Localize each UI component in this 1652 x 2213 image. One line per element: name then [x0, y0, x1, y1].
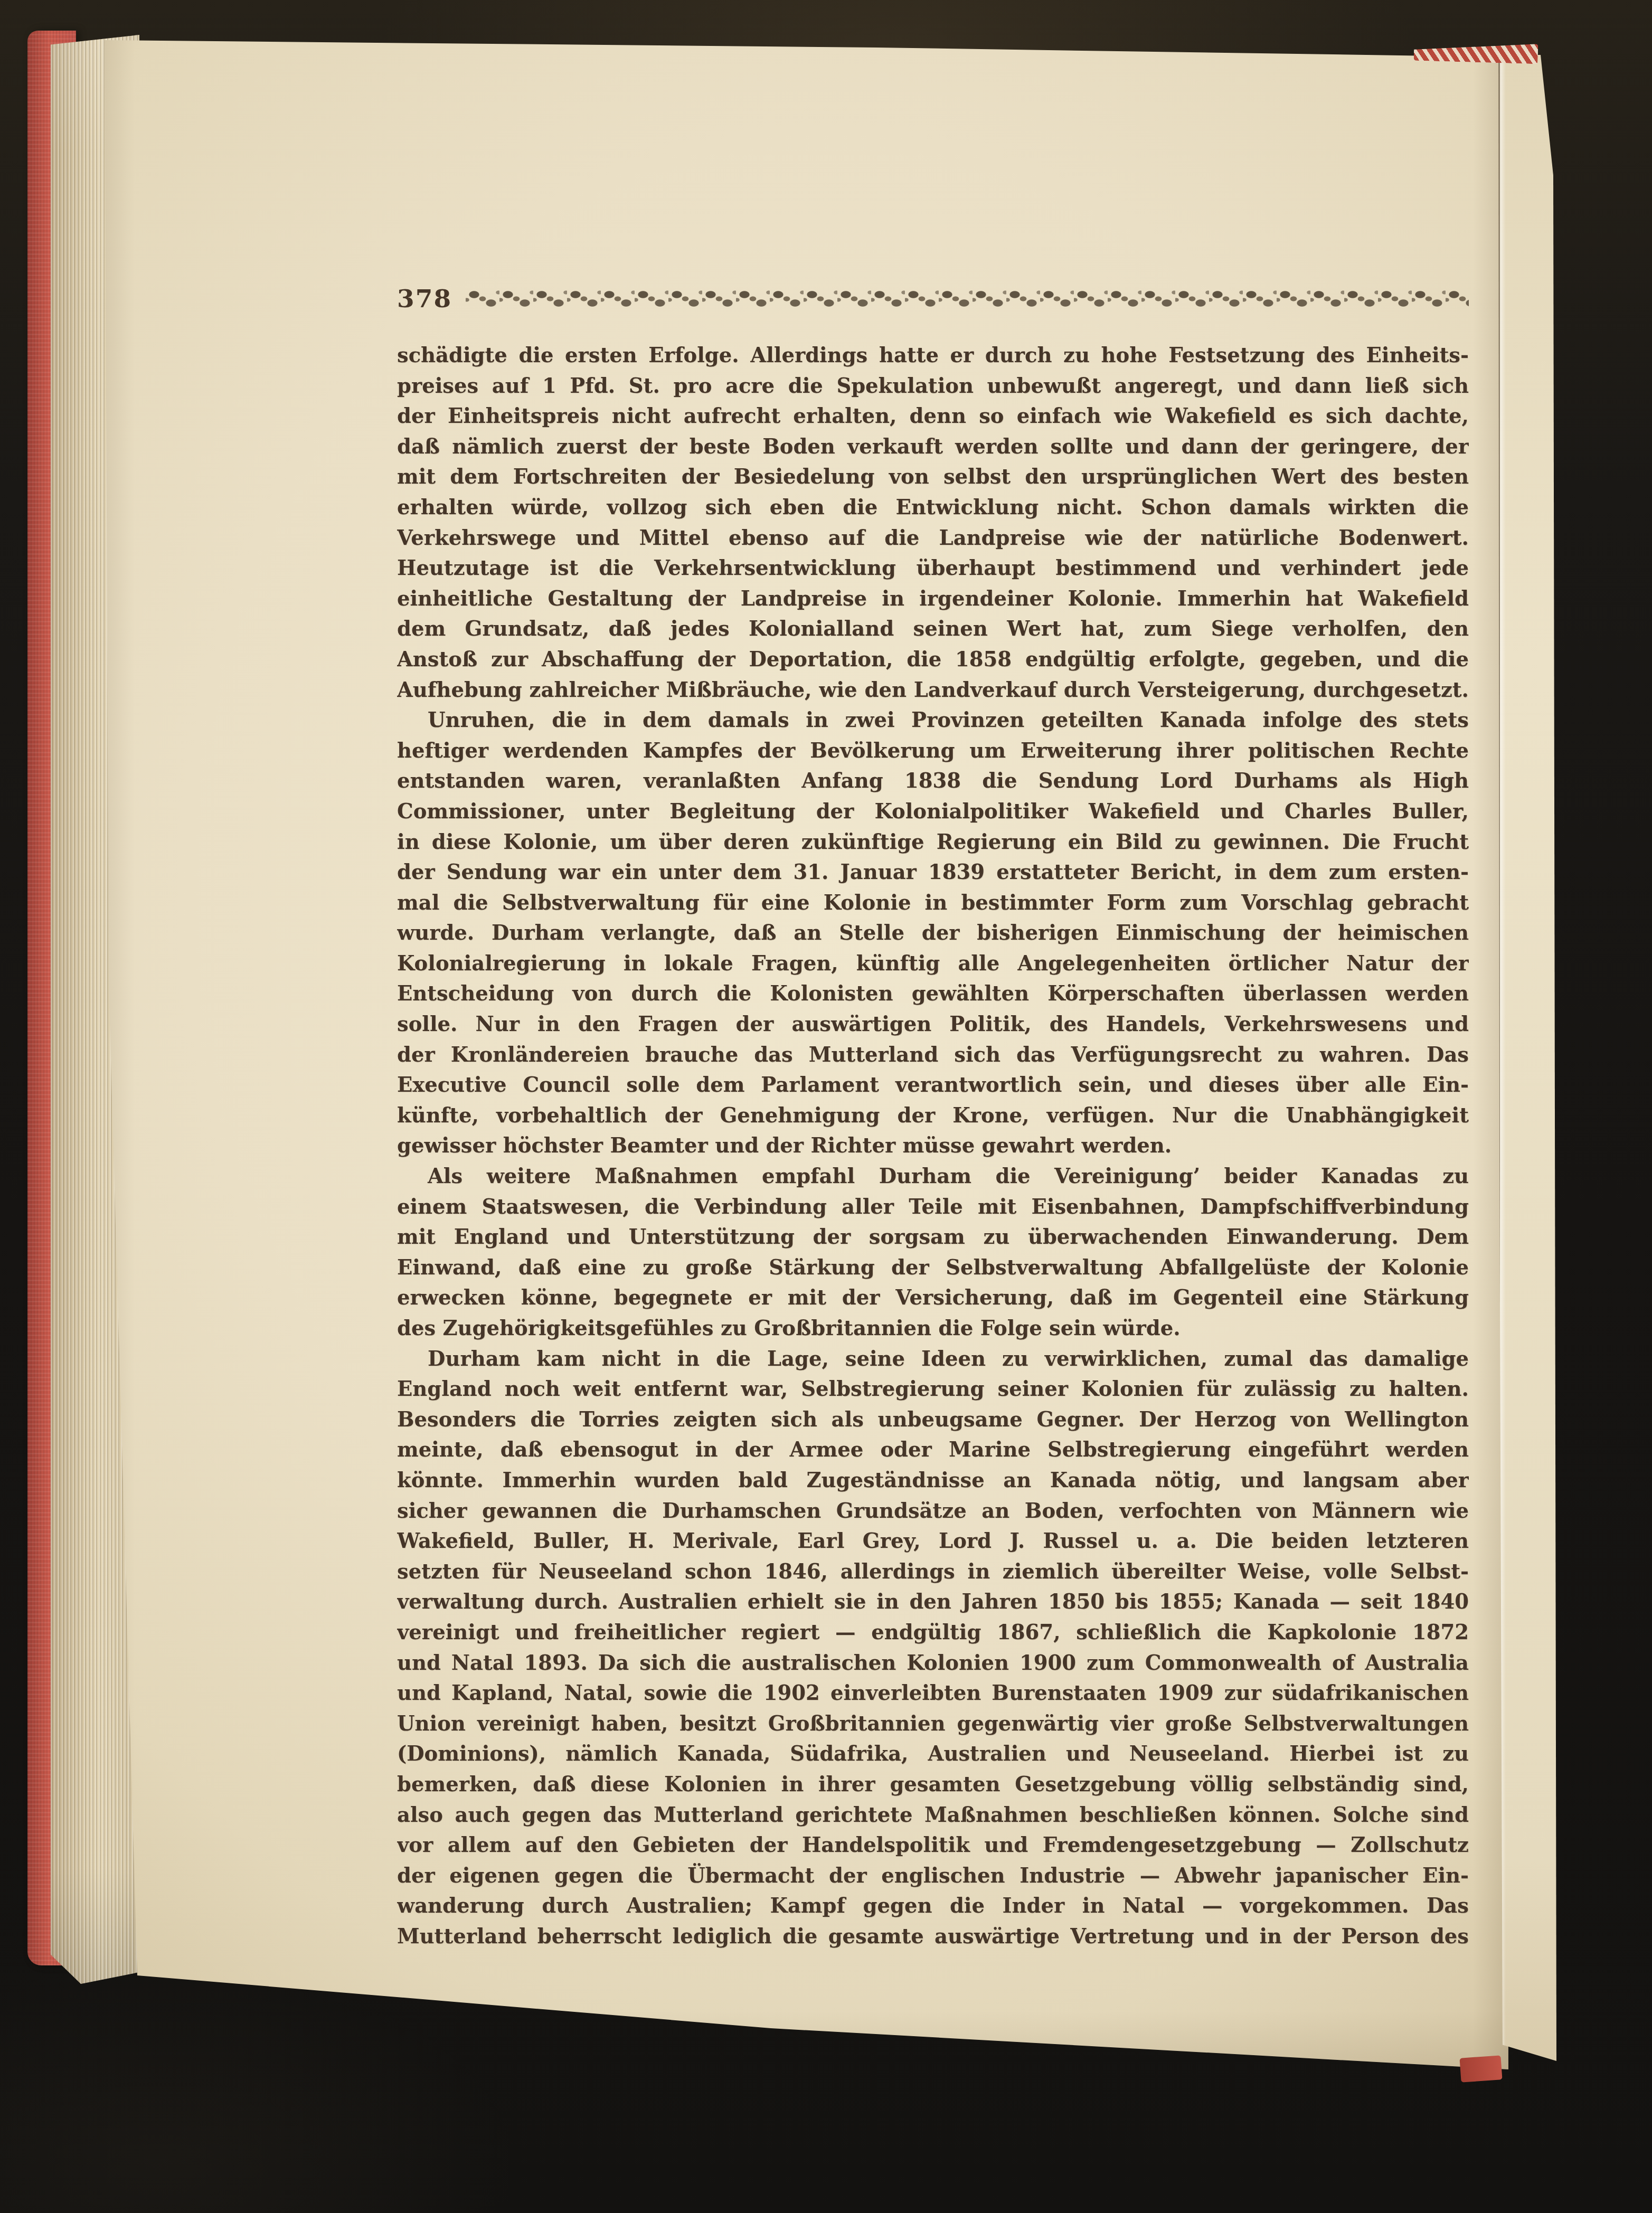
text-line: Heutzutage ist die Verkehrsentwicklung ü… [397, 553, 1469, 584]
text-line: Wakefield, Buller, H. Merivale, Earl Gre… [397, 1526, 1469, 1557]
text-line: erhalten würde, vollzog sich eben die En… [397, 493, 1469, 523]
page-number: 378 [397, 287, 452, 311]
text-line: Als weitere Maßnahmen empfahl Durham die… [397, 1161, 1469, 1192]
text-line: vor allem auf den Gebieten der Handelspo… [397, 1830, 1469, 1861]
text-line: mit dem Fortschreiten der Besiedelung vo… [397, 462, 1469, 493]
book-page: 378 schädigte die ersten Erfolge. Allerd… [84, 37, 1510, 2075]
text-line: einem Staatswesen, die Verbindung aller … [397, 1192, 1469, 1223]
text-line: schädigte die ersten Erfolge. Allerdings… [397, 341, 1469, 371]
headband-red-white [1414, 41, 1538, 64]
text-line: der Einheitspreis nicht aufrecht erhalte… [397, 401, 1469, 432]
text-line: Durham kam nicht in die Lage, seine Idee… [397, 1344, 1469, 1375]
text-line: England noch weit entfernt war, Selbstre… [397, 1374, 1469, 1405]
text-line: sicher gewannen die Durhamschen Grundsät… [397, 1496, 1469, 1527]
text-line: Entscheidung von durch die Kolonisten ge… [397, 979, 1469, 1009]
text-line: der Kronländereien brauche das Mutterlan… [397, 1040, 1469, 1071]
text-line: mal die Selbstverwaltung für eine Koloni… [397, 888, 1469, 919]
text-line: dem Grundsatz, daß jedes Kolonialland se… [397, 614, 1469, 645]
text-line: setzten für Neuseeland schon 1846, aller… [397, 1557, 1469, 1587]
adjacent-page-edge [1498, 55, 1563, 2061]
text-line: Executive Council solle dem Parlament ve… [397, 1070, 1469, 1101]
text-block: schädigte die ersten Erfolge. Allerdings… [397, 341, 1469, 1952]
text-line: Besonders die Torries zeigten sich als u… [397, 1405, 1469, 1435]
cover-corner-bottom-right [1459, 2055, 1502, 2082]
text-line: (Dominions), nämlich Kanada, Südafrika, … [397, 1739, 1469, 1770]
text-line: preises auf 1 Pfd. St. pro acre die Spek… [397, 371, 1469, 402]
text-line: Einwand, daß eine zu große Stärkung der … [397, 1253, 1469, 1283]
text-line: Commissioner, unter Begleitung der Kolon… [397, 797, 1469, 827]
text-line: des Zugehörigkeitsgefühles zu Großbritan… [397, 1313, 1469, 1344]
text-line: solle. Nur in den Fragen der auswärtigen… [397, 1009, 1469, 1040]
text-line: Verkehrswege und Mittel ebenso auf die L… [397, 523, 1469, 554]
text-line: wanderung durch Australien; Kampf gegen … [397, 1891, 1469, 1922]
text-line: Mutterland beherrscht lediglich die gesa… [397, 1922, 1469, 1952]
photo-of-open-book: 378 schädigte die ersten Erfolge. Allerd… [0, 0, 1652, 2213]
ornament-band [466, 284, 1469, 314]
text-line: und Natal 1893. Da sich die australische… [397, 1648, 1469, 1679]
text-line: Anstoß zur Abschaffung der Deportation, … [397, 645, 1469, 675]
text-line: also auch gegen das Mutterland gerichtet… [397, 1800, 1469, 1831]
text-line: mit England und Unterstützung der sorgsa… [397, 1222, 1469, 1253]
text-line: Union vereinigt haben, besitzt Großbrita… [397, 1709, 1469, 1739]
text-line: vereinigt und freiheitlicher regiert — e… [397, 1618, 1469, 1648]
text-line: gewisser höchster Beamter und der Richte… [397, 1131, 1469, 1161]
text-line: in diese Kolonie, um über deren zukünfti… [397, 827, 1469, 858]
text-line: der Sendung war ein unter dem 31. Januar… [397, 857, 1469, 888]
text-line: könnte. Immerhin wurden bald Zugeständni… [397, 1465, 1469, 1496]
text-line: der eigenen gegen die Übermacht der engl… [397, 1861, 1469, 1892]
text-line: meinte, daß ebensogut in der Armee oder … [397, 1435, 1469, 1465]
text-line: Unruhen, die in dem damals in zwei Provi… [397, 705, 1469, 736]
text-line: verwaltung durch. Australien erhielt sie… [397, 1587, 1469, 1618]
text-line: einheitliche Gestaltung der Landpreise i… [397, 584, 1469, 614]
page-header: 378 [397, 284, 1469, 314]
text-line: Aufhebung zahlreicher Mißbräuche, wie de… [397, 675, 1469, 706]
text-line: künfte, vorbehaltlich der Genehmigung de… [397, 1101, 1469, 1131]
text-line: heftiger werdenden Kampfes der Bevölkeru… [397, 736, 1469, 767]
text-line: erwecken könne, begegnete er mit der Ver… [397, 1283, 1469, 1313]
text-line: wurde. Durham verlangte, daß an Stelle d… [397, 918, 1469, 949]
text-line: und Kapland, Natal, sowie die 1902 einve… [397, 1678, 1469, 1709]
text-line: daß nämlich zuerst der beste Boden verka… [397, 432, 1469, 462]
text-line: Kolonialregierung in lokale Fragen, künf… [397, 949, 1469, 979]
text-line: entstanden waren, veranlaßten Anfang 183… [397, 766, 1469, 797]
text-line: bemerken, daß diese Kolonien in ihrer ge… [397, 1770, 1469, 1800]
